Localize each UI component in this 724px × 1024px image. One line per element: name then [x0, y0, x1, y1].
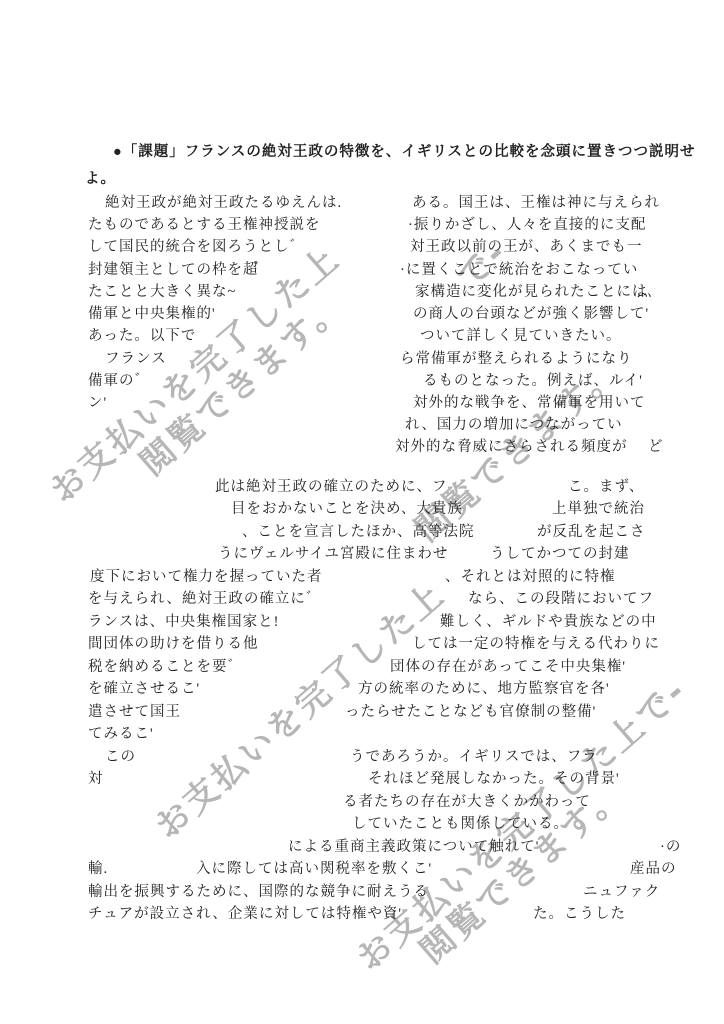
text-fragment: うしてかつての封建	[490, 545, 630, 563]
text-fragment: 対外的な戦争を、常備軍を用いて	[413, 394, 646, 412]
text-fragment: 上単独で統治	[552, 500, 645, 518]
text-fragment: を与えられ、絶対王政の確立に゛	[88, 590, 321, 608]
text-fragment: ったらせたことなども官僚制の整備'	[345, 703, 596, 721]
text-fragment: 難しく、ギルドや貴族などの中	[440, 613, 657, 631]
text-fragment: る者たちの存在が大きくかかわって	[343, 793, 591, 811]
text-fragment: 税を納めることを要゛	[88, 658, 243, 676]
text-fragment: た。こうした	[533, 905, 626, 923]
text-fragment: 、それとは対照的に特権	[445, 568, 616, 586]
assignment-title-line-1: ●「課題」フランスの絶対王政の特徴を、イギリスとの比較を念頭に置きつつ説明せ	[113, 143, 696, 161]
text-fragment: 灬	[637, 283, 653, 301]
text-fragment: ついて詳しく見ていきたい。	[420, 327, 622, 345]
text-fragment: れ、国力の増加につながってい	[405, 416, 623, 434]
text-fragment: てみるこ'	[88, 725, 154, 743]
text-fragment: 家構造に変化が見られたことには	[415, 283, 648, 301]
text-fragment: チュアが設立され、企業に対しては特権や資'	[88, 905, 402, 923]
text-fragment: ン'	[88, 394, 107, 412]
document-page: お支払いを完了した上閲覧できます。で-閲覧できます。お支払いを完了した上お支払い…	[0, 0, 724, 1024]
text-fragment: しては一定の特権を与える代わりに	[412, 635, 660, 653]
text-fragment: ら常備軍が整えられるようになり	[400, 350, 633, 368]
text-fragment: の商人の台頭などが強く影響して'	[413, 305, 649, 323]
text-fragment: 封建領主としての枠を超゚	[88, 261, 259, 279]
text-fragment: 絶対王政が絶対王政たるゆえんは.	[105, 194, 342, 212]
text-fragment: 団体の存在があってこそ中央集権'	[390, 658, 626, 676]
text-fragment: ど	[648, 438, 664, 456]
text-fragment: ·に置くことで統治をおこなってい	[400, 261, 638, 279]
text-fragment: して国民的統合を図ろうとし゛	[88, 238, 305, 256]
text-fragment: ·の	[660, 838, 681, 856]
text-fragment: ランスは、中央集権国家と!	[88, 613, 279, 631]
text-fragment: ·振りかざし、人々を直接的に支配	[408, 216, 646, 234]
text-fragment: 輸出を振興するために、国際的な競争に耐えうる	[88, 883, 429, 901]
text-fragment: あった。以下で	[88, 327, 196, 345]
text-fragment: たことと大きく異な~	[88, 283, 236, 301]
text-fragment: していたことも関係している。	[352, 815, 569, 833]
text-fragment: たものであるとする王権神授説を	[88, 216, 321, 234]
text-fragment: フランス	[105, 350, 167, 368]
text-fragment: 度下において権力を握っていた者	[90, 568, 323, 586]
text-fragment: を確立させるこ'	[88, 680, 200, 698]
text-fragment: うであろうか。イギリスでは、フラ	[350, 748, 598, 766]
text-fragment: ある。国王は、王権は神に与えられ	[412, 194, 660, 212]
text-fragment: こ。まず、	[568, 478, 644, 496]
text-fragment: 輸.	[88, 860, 108, 878]
text-fragment: 目をおかないことを決め、大貴族	[231, 500, 463, 518]
text-fragment: なら、この段階においてフ	[468, 590, 654, 608]
text-fragment: 産品の	[630, 860, 677, 878]
text-fragment: 、ことを宣言したほか、高等法院	[242, 523, 475, 541]
text-fragment: うにヴェルサイユ宮殿に住まわせ	[218, 545, 448, 563]
text-fragment: るものとなった。例えば、ルイ'	[423, 372, 643, 390]
text-fragment: ニュファク	[583, 883, 660, 901]
document-text-layer: ●「課題」フランスの絶対王政の特徴を、イギリスとの比較を念頭に置きつつ説明せ よ…	[0, 0, 724, 1024]
text-fragment: 入に際しては高い関税率を敷くこ'	[196, 860, 432, 878]
text-fragment: それほど発展しなかった。その背景'	[368, 770, 620, 788]
text-fragment: 対王政以前の王が、あくまでも一	[410, 238, 643, 256]
text-fragment: 対	[88, 770, 104, 788]
text-fragment: 此は絶対王政の確立のために、フ	[215, 478, 448, 496]
text-fragment: 間団体の助けを借りる他	[88, 635, 259, 653]
text-fragment: が反乱を起こさ	[537, 523, 646, 541]
assignment-title-line-2: よ。	[85, 170, 116, 188]
text-fragment: 方の統率のために、地方監察官を各'	[358, 680, 610, 698]
text-fragment: による重商主義政策について触れて'	[288, 838, 539, 856]
text-fragment: 遣させて国王	[88, 703, 181, 721]
text-fragment: 対外的な脅威にさらされる頻度が	[395, 438, 628, 456]
text-fragment: この	[105, 748, 136, 766]
text-fragment: 備軍の゛	[88, 372, 150, 390]
text-fragment: 備軍と中央集権的'	[88, 305, 216, 323]
